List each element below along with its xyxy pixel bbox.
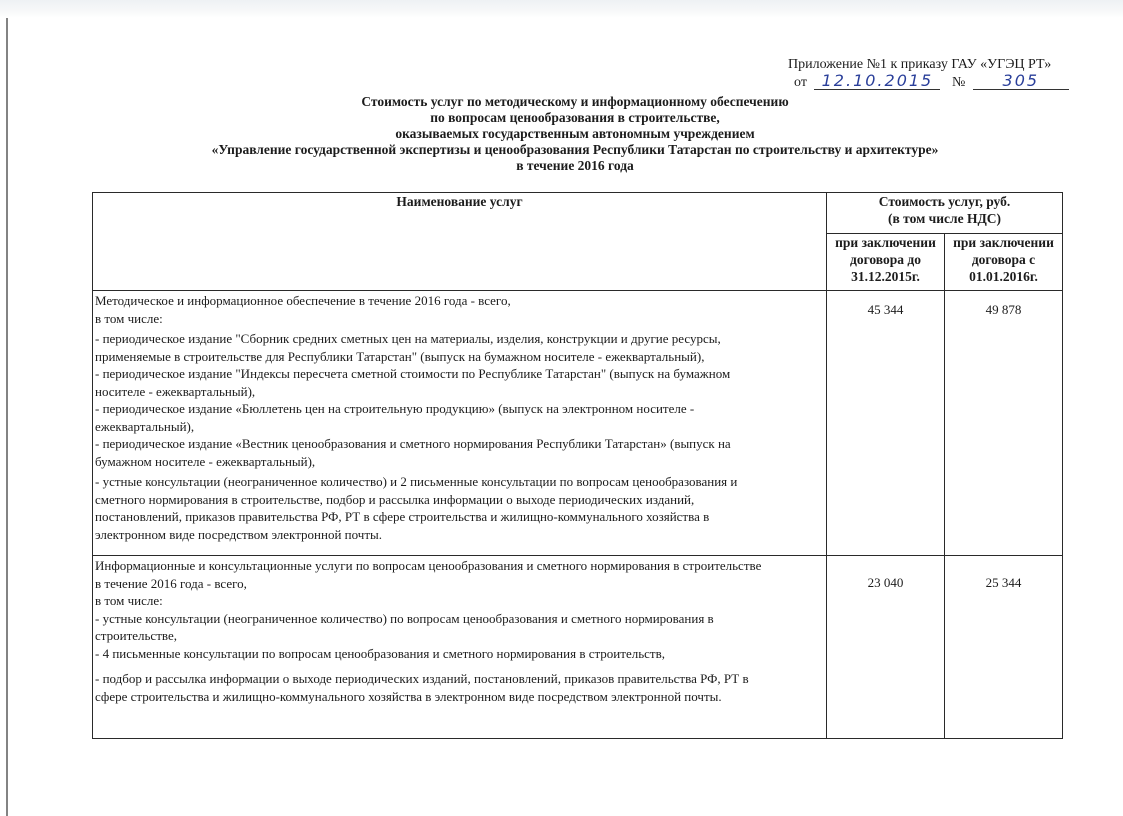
description-line: - периодическое издание «Бюллетень цен н… xyxy=(95,400,824,418)
title-line: по вопросам ценообразования в строительс… xyxy=(110,110,1040,126)
description-line: носителе - ежеквартальный), xyxy=(95,383,824,401)
order-number: 305 xyxy=(973,73,1069,90)
description-line: строительстве, xyxy=(95,627,824,645)
description-line: применяемые в строительстве для Республи… xyxy=(95,348,824,366)
from-label: от xyxy=(794,75,807,90)
scan-top-shade xyxy=(0,0,1123,18)
description-line: сметного нормирования в строительстве, п… xyxy=(95,491,824,509)
description-line: постановлений, приказов правительства РФ… xyxy=(95,508,824,526)
price-from-2016: 25 344 xyxy=(945,556,1063,739)
table-row: Методическое и информационное обеспечени… xyxy=(93,291,1063,556)
description-line: - 4 письменные консультации по вопросам … xyxy=(95,645,824,663)
title-line: Стоимость услуг по методическому и инфор… xyxy=(110,94,1040,110)
header-cost-line: Стоимость услуг, руб. xyxy=(827,193,1062,210)
description-line: сфере строительства и жилищно-коммунальн… xyxy=(95,688,824,706)
description-line: бумажном носителе - ежеквартальный), xyxy=(95,453,824,471)
header-service-name: Наименование услуг xyxy=(93,193,827,291)
description-line: в том числе: xyxy=(95,592,824,610)
services-price-table: Наименование услуг Стоимость услуг, руб.… xyxy=(92,192,1063,739)
description-line: Информационные и консультационные услуги… xyxy=(95,557,824,575)
title-line: в течение 2016 года xyxy=(110,158,1040,174)
scan-left-edge xyxy=(6,18,8,816)
description-line: в течение 2016 года - всего, xyxy=(95,575,824,593)
description-line: ежеквартальный), xyxy=(95,418,824,436)
table-row: Информационные и консультационные услуги… xyxy=(93,556,1063,739)
header-text: договора до xyxy=(827,251,944,268)
number-label: № xyxy=(952,75,965,90)
header-cost: Стоимость услуг, руб. (в том числе НДС) xyxy=(827,193,1063,234)
description-line: - периодическое издание «Вестник ценообр… xyxy=(95,435,824,453)
description-line: - подбор и рассылка информации о выходе … xyxy=(95,670,824,688)
header-before-2016: при заключении договора до 31.12.2015г. xyxy=(827,234,945,291)
price-from-2016: 49 878 xyxy=(945,291,1063,556)
appendix-reference: Приложение №1 к приказу ГАУ «УГЭЦ РТ» от… xyxy=(788,56,1068,91)
order-date-number-line: от 12.10.2015 № 305 xyxy=(794,73,1068,91)
title-line: «Управление государственной экспертизы и… xyxy=(110,142,1040,158)
header-text: 01.01.2016г. xyxy=(945,268,1062,285)
description-line: электронном виде посредством электронной… xyxy=(95,526,824,544)
service-description: Информационные и консультационные услуги… xyxy=(93,556,827,739)
order-date: 12.10.2015 xyxy=(814,73,940,90)
description-line: Методическое и информационное обеспечени… xyxy=(95,292,824,310)
header-text: при заключении xyxy=(827,234,944,251)
header-from-2016: при заключении договора с 01.01.2016г. xyxy=(945,234,1063,291)
header-cost-vat: (в том числе НДС) xyxy=(827,210,1062,227)
description-line: - устные консультации (неограниченное ко… xyxy=(95,610,824,628)
document-title: Стоимость услуг по методическому и инфор… xyxy=(110,94,1040,174)
header-text: при заключении xyxy=(945,234,1062,251)
title-line: оказываемых государственным автономным у… xyxy=(110,126,1040,142)
description-line: - устные консультации (неограниченное ко… xyxy=(95,473,824,491)
price-before-2016: 45 344 xyxy=(827,291,945,556)
description-line: в том числе: xyxy=(95,310,824,328)
price-before-2016: 23 040 xyxy=(827,556,945,739)
header-text: договора с xyxy=(945,251,1062,268)
description-line: - периодическое издание "Сборник средних… xyxy=(95,330,824,348)
description-line: - периодическое издание "Индексы пересче… xyxy=(95,365,824,383)
header-text: 31.12.2015г. xyxy=(827,268,944,285)
service-description: Методическое и информационное обеспечени… xyxy=(93,291,827,556)
